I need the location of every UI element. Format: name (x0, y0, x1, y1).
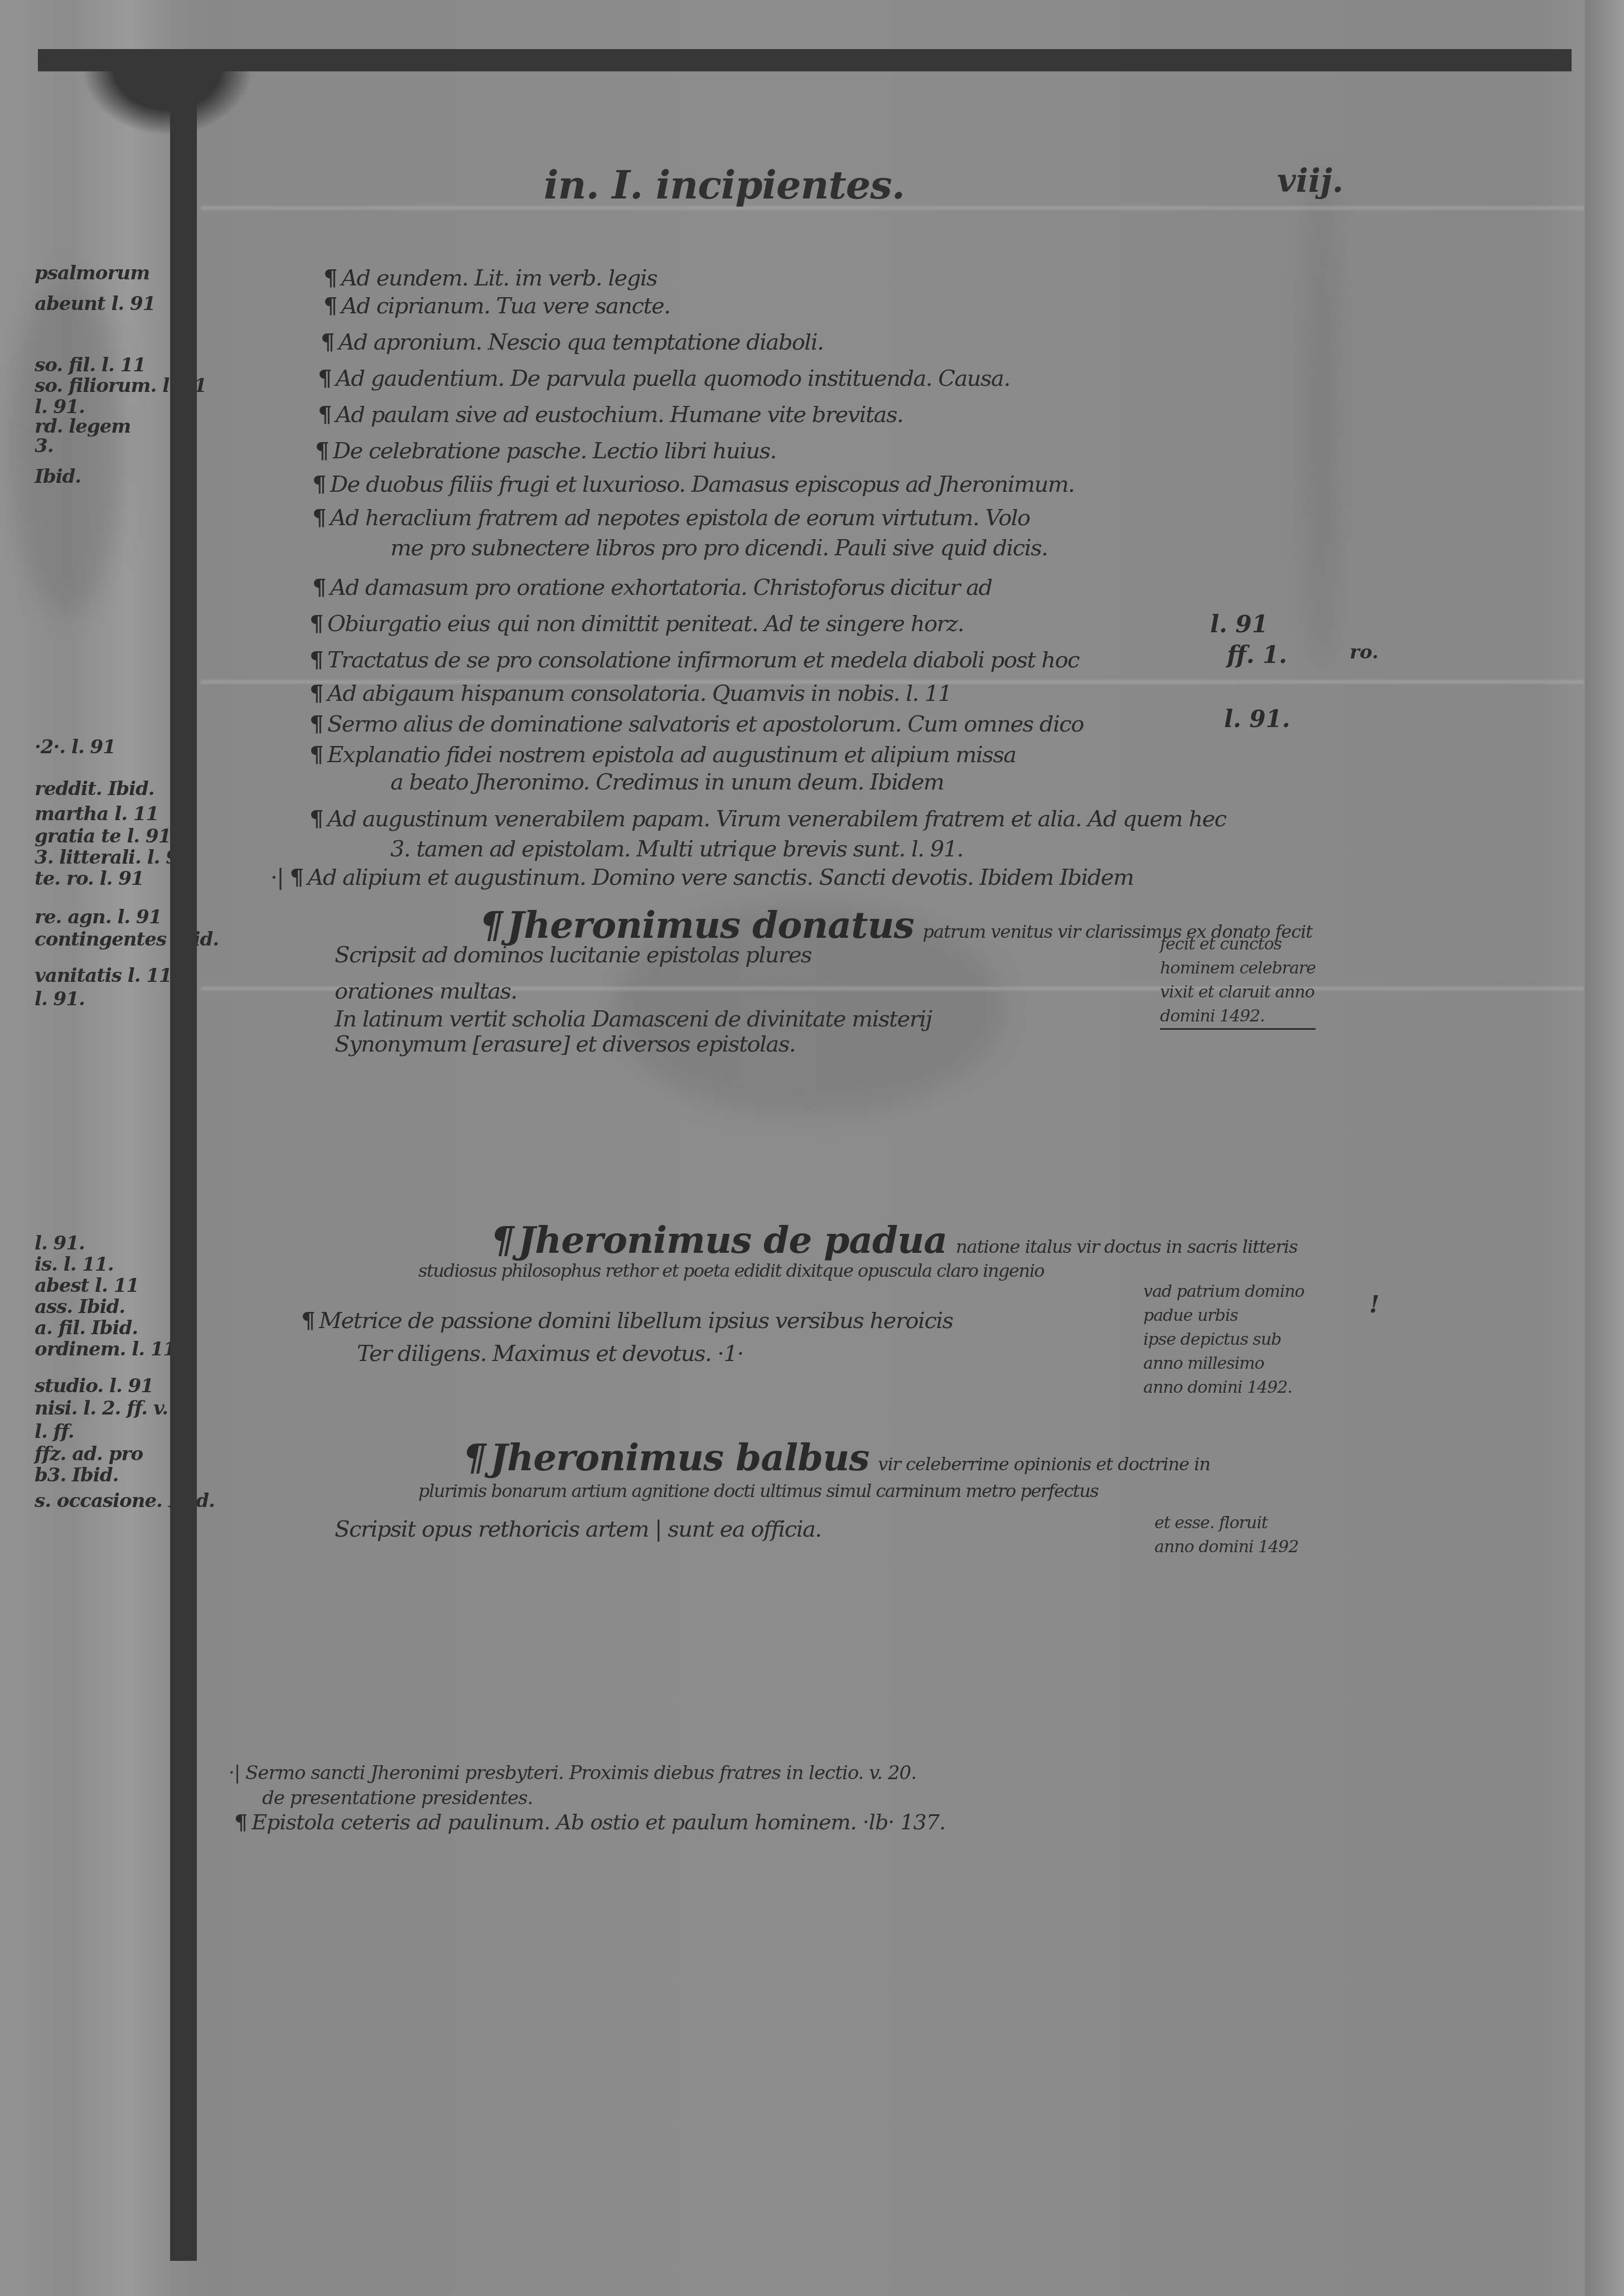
margin-line: abest l. 11 (35, 1275, 139, 1297)
footer-entry: ¶Epistola ceteris ad paulinum. Ab ostio … (234, 1809, 945, 1834)
list-item-continuation: 3. tamen ad epistolam. Multi utrique bre… (312, 836, 963, 862)
margin-line: ordinem. l. 11 (35, 1338, 176, 1360)
section-line: plurimis bonarum artium agnitione docti … (418, 1480, 1098, 1501)
list-item: ¶Obiurgatio eius qui non dimittit penite… (310, 611, 964, 637)
margin-line: l. ff. (35, 1421, 74, 1443)
margin-line: 3. litterali. l. 91 (35, 846, 191, 869)
pilcrow-icon: ¶ (318, 401, 331, 428)
pilcrow-icon: ¶ (301, 1307, 315, 1334)
list-item: ·| ¶Ad alipium et augustinum. Domino ver… (270, 864, 1133, 890)
margin-line: abeunt l. 91 (35, 293, 155, 315)
margin-line: ffz. ad. pro (35, 1443, 143, 1465)
margin-line: te. ro. l. 91 (35, 868, 144, 890)
section-line: studiosus philosophus rethor et poeta ed… (418, 1260, 1044, 1281)
margin-mark: ·| (270, 865, 283, 890)
margin-line: psalmorum (35, 262, 149, 284)
list-item: ¶De duobus filiis frugi et luxurioso. Da… (312, 471, 1074, 497)
frame-corner (84, 67, 251, 134)
pilcrow-icon: ¶ (315, 438, 328, 464)
margin-line: ass. Ibid. (35, 1296, 125, 1318)
section-line: Scripsit ad dominos lucitanie epistolas … (335, 942, 811, 968)
margin-line: l. 91. (35, 1232, 85, 1254)
pilcrow-icon: ¶ (310, 680, 323, 706)
previous-page-margin: psalmorum abeunt l. 91 so. fil. l. 11 so… (0, 0, 167, 2296)
pilcrow-icon: ¶ (491, 1218, 514, 1262)
pilcrow-icon: ¶ (310, 711, 323, 737)
page-edge (1585, 0, 1624, 2296)
margin-line: l. 91. (35, 396, 85, 418)
margin-line: studio. l. 91 (35, 1375, 153, 1397)
pilcrow-icon: ¶ (323, 265, 337, 291)
list-item: ¶Sermo alius de dominatione salvatoris e… (310, 711, 1084, 737)
pilcrow-icon: ¶ (289, 864, 303, 890)
list-item-continuation: me pro subnectere libros pro pro dicendi… (312, 535, 1047, 561)
pilcrow-icon: ¶ (310, 806, 323, 832)
section-heading: ¶Jheronimus de paduanatione italus vir d… (491, 1218, 1297, 1262)
margin-line: gratia te l. 91 (35, 825, 171, 847)
section-line: Synonymum [erasure] et diversos epistola… (335, 1031, 795, 1057)
pilcrow-icon: ¶ (312, 471, 326, 497)
margin-line: nisi. l. 2. ff. v. (35, 1397, 168, 1420)
margin-line: re. agn. l. 91 (35, 906, 161, 928)
reference-mark: l. 91 (1210, 611, 1268, 638)
margin-line: a. fil. Ibid. (35, 1317, 138, 1339)
margin-line: Ibid. (35, 466, 81, 488)
margin-line: 3. (35, 435, 54, 457)
pilcrow-icon: ¶ (310, 742, 323, 768)
section-line: Ter diligens. Maximus et devotus. ·1· (357, 1341, 743, 1367)
list-item: ¶Ad damasum pro oratione exhortatoria. C… (312, 574, 992, 600)
section-line: In latinum vertit scholia Damasceni de d… (335, 1006, 932, 1032)
page-title: in. I. incipientes. (544, 162, 905, 208)
list-item: ¶Ad paulam sive ad eustochium. Humane vi… (318, 401, 903, 428)
section-line: orationes multas. (335, 979, 517, 1004)
list-item: ¶Ad ciprianum. Tua vere sancte. (323, 293, 670, 319)
pilcrow-icon: ¶ (463, 1436, 486, 1479)
margin-line: vanitatis l. 11 (35, 965, 172, 987)
pilcrow-icon: ¶ (480, 903, 502, 947)
list-item: ¶Ad gaudentium. De parvula puella quomod… (318, 365, 1010, 391)
margin-line: b3. Ibid. (35, 1464, 118, 1486)
margin-line: ·2·. l. 91 (35, 736, 115, 758)
list-item: ¶Ad augustinum venerabilem papam. Virum … (310, 806, 1226, 832)
list-item: ¶Ad apronium. Nescio qua temptatione dia… (321, 329, 823, 355)
reference-mark: l. 91. (1224, 705, 1290, 733)
margin-mark: ! (1369, 1291, 1379, 1318)
margin-mark: ·| (229, 1762, 240, 1784)
list-item-continuation: a beato Jheronimo. Credimus in unum deum… (312, 769, 944, 795)
folio-number: viij. (1277, 162, 1343, 200)
side-note: et esse. floruit anno domini 1492 (1154, 1511, 1298, 1559)
list-item: ¶Ad eundem. Lit. im verb. legis (323, 265, 657, 291)
list-item: ¶Explanatio fidei nostrem epistola ad au… (310, 742, 1016, 768)
margin-note: ro. (1350, 641, 1379, 663)
section-heading: ¶Jheronimus balbusvir celeberrime opinio… (463, 1436, 1210, 1479)
section-line: ¶Metrice de passione domini libellum ips… (301, 1307, 953, 1334)
frame-top-bar (38, 49, 1572, 71)
margin-line: is. l. 11. (35, 1253, 113, 1276)
side-note: fecit et cunctos hominem celebrare vixit… (1160, 932, 1316, 1030)
pilcrow-icon: ¶ (310, 611, 323, 637)
margin-line: martha l. 11 (35, 803, 158, 825)
reference-mark: ff. 1. (1227, 641, 1287, 669)
pilcrow-icon: ¶ (310, 647, 323, 673)
margin-line: l. 91. (35, 988, 85, 1010)
list-item: ¶Tractatus de se pro consolatione infirm… (310, 647, 1079, 673)
pilcrow-icon: ¶ (234, 1809, 247, 1834)
side-note: vad patrium domino padue urbis ipse depi… (1143, 1280, 1304, 1399)
water-stain (1305, 167, 1338, 669)
footer-entry: ·| Sermo sancti Jheronimi presbyteri. Pr… (229, 1762, 916, 1784)
pilcrow-icon: ¶ (321, 329, 334, 355)
section-line: Scripsit opus rethoricis artem | sunt ea… (335, 1517, 821, 1542)
pilcrow-icon: ¶ (318, 365, 331, 391)
pilcrow-icon: ¶ (323, 293, 337, 319)
pilcrow-icon: ¶ (312, 505, 326, 531)
gutter-bar (170, 67, 197, 2261)
margin-line: rd. legem (35, 415, 130, 438)
list-item: ¶Ad abigaum hispanum consolatoria. Quamv… (310, 680, 951, 706)
footer-entry-continuation: de presentatione presidentes. (240, 1787, 533, 1809)
pilcrow-icon: ¶ (312, 574, 326, 600)
list-item: ¶De celebratione pasche. Lectio libri hu… (315, 438, 776, 464)
list-item: ¶Ad heraclium fratrem ad nepotes epistol… (312, 505, 1030, 531)
margin-line: so. fil. l. 11 (35, 354, 146, 376)
margin-line: reddit. Ibid. (35, 778, 154, 800)
